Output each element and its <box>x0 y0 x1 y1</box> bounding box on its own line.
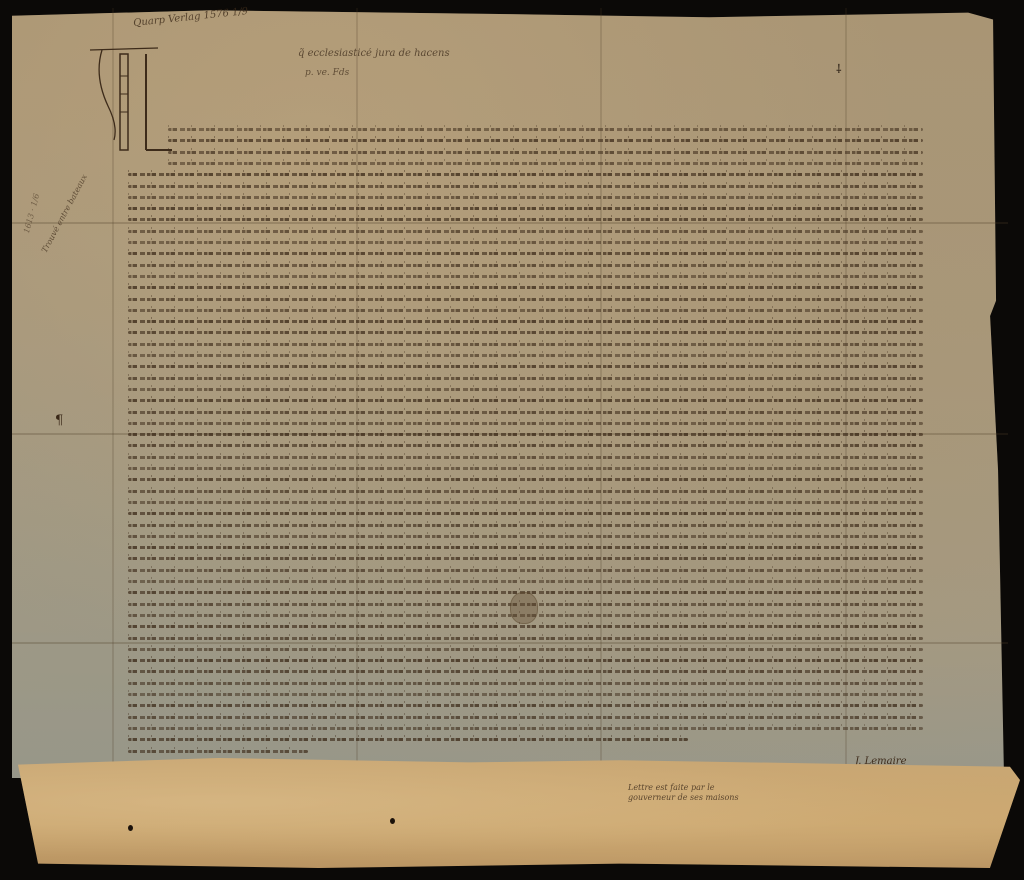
dorse-note: Lettre est faite par le gouverneur de se… <box>628 783 739 803</box>
text-line <box>128 659 923 662</box>
text-line <box>128 738 688 741</box>
text-line <box>128 275 923 278</box>
text-line <box>128 727 923 730</box>
text-line <box>128 535 923 538</box>
fold-crease-vertical <box>356 8 358 778</box>
text-line <box>128 637 923 640</box>
heading-note: q̃ ecclesiasticé jura de hacens <box>298 48 450 59</box>
text-line <box>128 388 923 391</box>
text-line <box>128 501 923 504</box>
text-line <box>128 399 923 402</box>
text-line <box>128 377 923 380</box>
seal-stain <box>510 592 538 624</box>
text-line <box>128 750 308 753</box>
text-line <box>128 716 923 719</box>
text-line <box>128 704 923 707</box>
text-line <box>128 524 923 527</box>
parchment-hole <box>128 825 133 831</box>
text-line <box>128 343 923 346</box>
text-line <box>128 422 923 425</box>
text-line <box>128 207 923 210</box>
decorated-initial-letter <box>88 46 178 156</box>
fold-crease-horizontal <box>12 222 1008 224</box>
scan-background: Quarp Verlag 1576 1/9 q̃ ecclesiasticé j… <box>0 0 1024 880</box>
text-line <box>128 230 923 233</box>
text-line <box>168 139 923 142</box>
text-line <box>128 569 923 572</box>
text-line <box>168 151 923 154</box>
text-line <box>128 467 923 470</box>
dorse-note-line1: Lettre est faite par le <box>628 783 739 793</box>
text-line <box>128 670 923 673</box>
text-line <box>128 286 923 289</box>
text-line <box>128 512 923 515</box>
text-line <box>128 252 923 255</box>
text-line <box>128 490 923 493</box>
text-line <box>128 557 923 560</box>
text-line <box>128 682 923 685</box>
paragraph-mark: ¶ <box>55 413 63 428</box>
folded-plica <box>18 758 1020 868</box>
text-line <box>128 411 923 414</box>
text-line <box>128 309 923 312</box>
fold-crease-vertical <box>600 8 602 778</box>
text-line <box>128 320 923 323</box>
text-line <box>128 456 923 459</box>
text-line <box>128 298 923 301</box>
heading-note-line2: p. ve. Fds <box>305 68 349 78</box>
text-line <box>128 648 923 651</box>
ink-mark: ⸸ <box>836 60 842 77</box>
text-line <box>128 196 923 199</box>
text-line <box>128 693 923 696</box>
dorse-note-line2: gouverneur de ses maisons <box>628 793 739 803</box>
text-line <box>168 128 923 131</box>
fold-crease-vertical <box>845 8 847 778</box>
text-line <box>128 444 923 447</box>
text-line <box>128 173 923 176</box>
fold-crease-horizontal <box>12 642 1008 644</box>
parchment-hole <box>390 818 395 824</box>
text-line <box>128 185 923 188</box>
text-line <box>128 331 923 334</box>
text-line <box>128 580 923 583</box>
text-line <box>128 546 923 549</box>
text-line <box>128 433 923 436</box>
text-line <box>128 365 923 368</box>
text-line <box>168 162 923 165</box>
text-line <box>128 241 923 244</box>
text-line <box>128 218 923 221</box>
text-line <box>128 625 923 628</box>
text-line <box>128 354 923 357</box>
text-line <box>128 478 923 481</box>
text-line <box>128 264 923 267</box>
